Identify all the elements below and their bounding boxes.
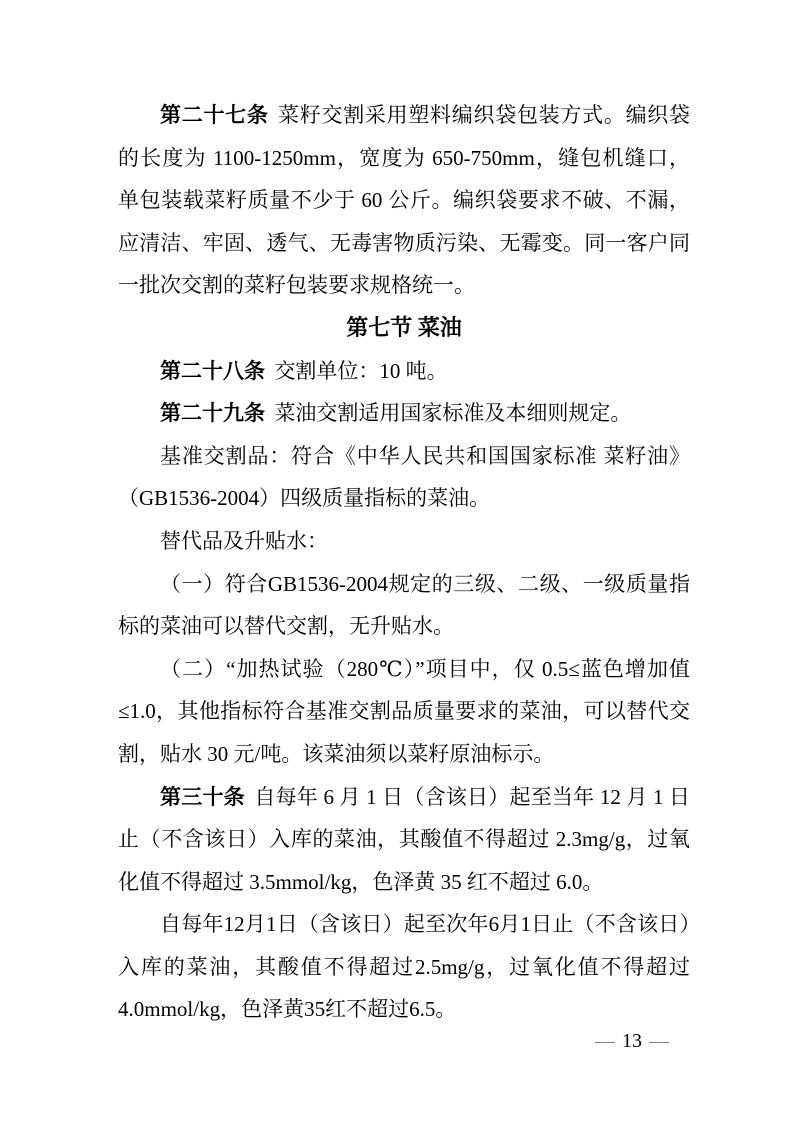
substitute-item-2-paragraph: （二）“加热试验（280℃）”项目中，仅 0.5≤蓝色增加值≤1.0，其他指标符… (118, 648, 690, 776)
substitutes-heading-paragraph: 替代品及升贴水： (118, 520, 690, 563)
article-27-text: 菜籽交割采用塑料编织袋包装方式。编织袋的长度为 1100-1250mm，宽度为 … (118, 103, 690, 297)
footer-dash-left: — (595, 1030, 615, 1052)
section-7-heading: 第七节 菜油 (118, 307, 690, 350)
article-27-number: 第二十七条 (160, 103, 269, 127)
article-28-paragraph: 第二十八条交割单位：10 吨。 (118, 350, 690, 393)
article-29-paragraph: 第二十九条菜油交割适用国家标准及本细则规定。 (118, 392, 690, 435)
article-30-paragraph: 第三十条自每年 6 月 1 日（含该日）起至当年 12 月 1 日止（不含该日）… (118, 776, 690, 904)
article-27-paragraph: 第二十七条菜籽交割采用塑料编织袋包装方式。编织袋的长度为 1100-1250mm… (118, 94, 690, 307)
document-page: 第二十七条菜籽交割采用塑料编织袋包装方式。编织袋的长度为 1100-1250mm… (0, 0, 793, 1122)
article-29-number: 第二十九条 (160, 401, 265, 425)
document-body: 第二十七条菜籽交割采用塑料编织袋包装方式。编织袋的长度为 1100-1250mm… (118, 94, 690, 1031)
article-30-paragraph-2: 自每年12月1日（含该日）起至次年6月1日止（不含该日）入库的菜油，其酸值不得超… (118, 903, 690, 1031)
article-30-number: 第三十条 (160, 785, 245, 809)
footer-dash-right: — (649, 1030, 669, 1052)
article-29-text: 菜油交割适用国家标准及本细则规定。 (274, 401, 631, 425)
article-28-text: 交割单位：10 吨。 (274, 359, 447, 383)
benchmark-paragraph: 基准交割品：符合《中华人民共和国国家标准 菜籽油》（GB1536-2004）四级… (118, 435, 690, 520)
article-28-number: 第二十八条 (160, 359, 265, 383)
page-number: 13 (622, 1030, 642, 1052)
page-footer: —13— (588, 1028, 676, 1054)
substitute-item-1-paragraph: （一）符合GB1536-2004规定的三级、二级、一级质量指标的菜油可以替代交割… (118, 563, 690, 648)
